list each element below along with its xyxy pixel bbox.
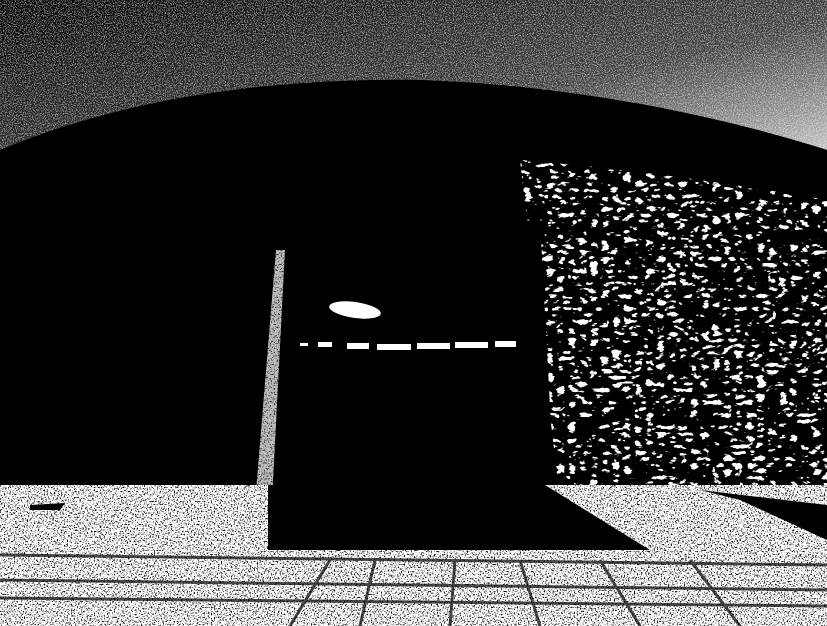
photo-scene — [0, 0, 827, 626]
photo-canvas — [0, 0, 827, 626]
